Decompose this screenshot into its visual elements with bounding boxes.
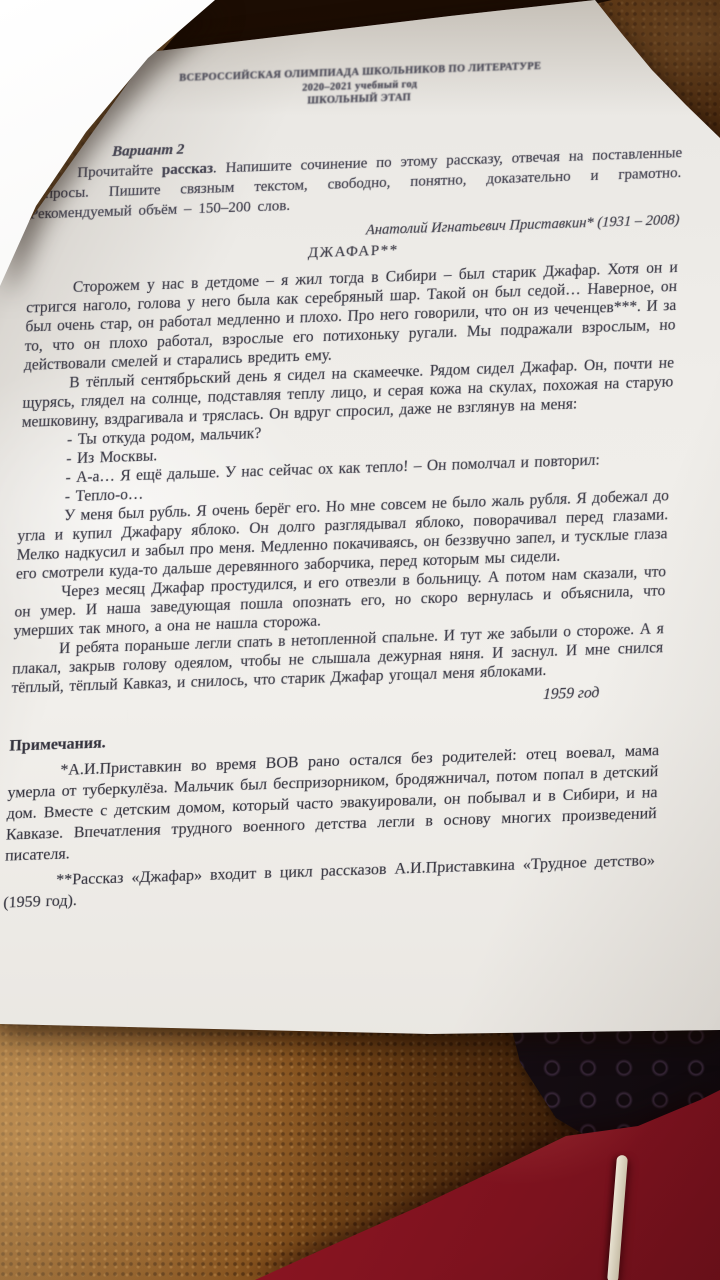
folded-page-corner <box>0 0 720 1280</box>
photo-scene: ВСЕРОССИЙСКАЯ ОЛИМПИАДА ШКОЛЬНИКОВ ПО ЛИ… <box>0 0 720 1280</box>
folded-corner-shadow <box>0 0 720 1280</box>
